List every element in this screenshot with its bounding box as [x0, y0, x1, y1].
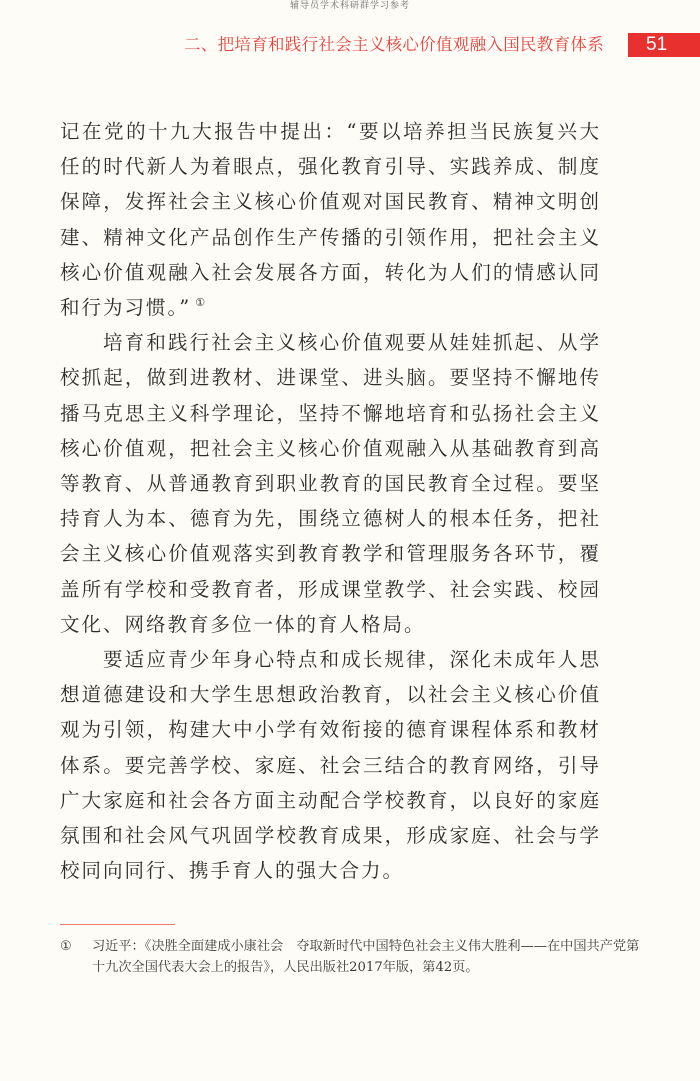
footnote: ① 习近平：《决胜全面建成小康社会 夺取新时代中国特色社会主义伟大胜利——在中国… [60, 936, 640, 978]
footnote-reference[interactable]: ① [195, 296, 205, 309]
body-text: 记在党的十九大报告中提出：“要以培养担当民族复兴大任的时代新人为着眼点，强化教育… [60, 114, 601, 888]
page-number: 51 [628, 33, 700, 57]
watermark: 辅导员学术科研群学习参考 [0, 0, 700, 12]
paragraph-text: 记在党的十九大报告中提出：“要以培养担当民族复兴大任的时代新人为着眼点，强化教育… [60, 120, 601, 319]
paragraph: 要适应青少年身心特点和成长规律，深化未成年人思想道德建设和大学生思想政治教育，以… [60, 642, 601, 888]
paragraph: 记在党的十九大报告中提出：“要以培养担当民族复兴大任的时代新人为着眼点，强化教育… [60, 114, 601, 325]
running-head-title: 二、把培育和践行社会主义核心价值观融入国民教育体系 [184, 33, 604, 57]
footnote-divider [60, 924, 175, 925]
footnote-text: 习近平：《决胜全面建成小康社会 夺取新时代中国特色社会主义伟大胜利——在中国共产… [92, 936, 640, 978]
paragraph: 培育和践行社会主义核心价值观要从娃娃抓起、从学校抓起，做到进教材、进课堂、进头脑… [60, 325, 601, 642]
footnote-marker: ① [60, 936, 72, 957]
